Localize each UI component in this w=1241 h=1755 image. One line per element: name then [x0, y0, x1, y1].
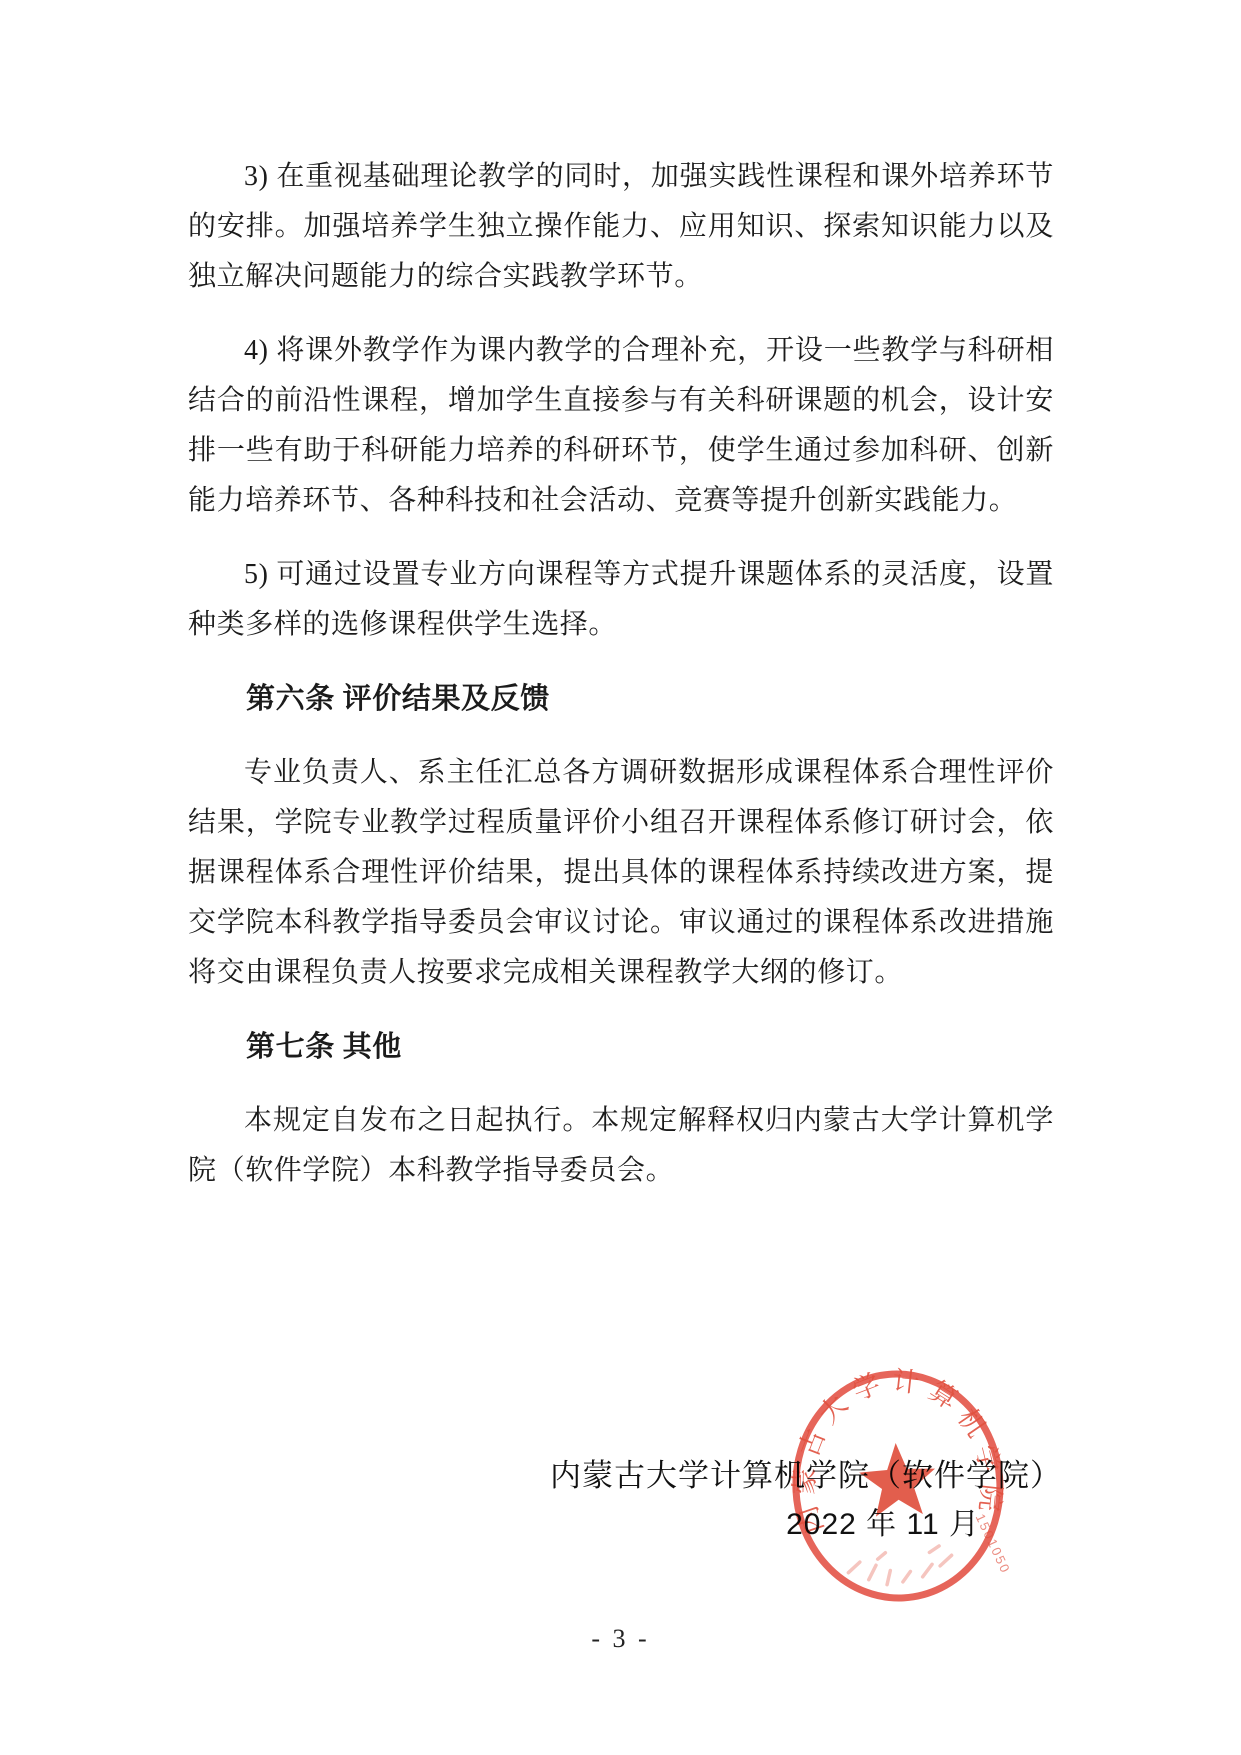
document-body: 3) 在重视基础理论教学的同时，加强实践性课程和课外培养环节的安排。加强培养学生…	[188, 152, 1054, 1220]
page-number: - 3 -	[0, 1624, 1241, 1654]
paragraph-article-6: 专业负责人、系主任汇总各方调研数据形成课程体系合理性评价结果，学院专业教学过程质…	[188, 748, 1054, 998]
seal-smudges	[847, 1545, 953, 1586]
paragraph-item-5: 5) 可通过设置专业方向课程等方式提升课题体系的灵活度，设置种类多样的选修课程供…	[188, 550, 1054, 650]
official-seal: 内蒙古大学计算机学院 1501050	[780, 1362, 1016, 1613]
heading-article-7: 第七条 其他	[188, 1022, 1054, 1072]
document-page: 3) 在重视基础理论教学的同时，加强实践性课程和课外培养环节的安排。加强培养学生…	[0, 0, 1241, 1755]
paragraph-article-7: 本规定自发布之日起执行。本规定解释权归内蒙古大学计算机学院（软件学院）本科教学指…	[188, 1096, 1054, 1196]
paragraph-item-3: 3) 在重视基础理论教学的同时，加强实践性课程和课外培养环节的安排。加强培养学生…	[188, 152, 1054, 302]
seal-star-icon	[858, 1441, 938, 1517]
heading-article-6: 第六条 评价结果及反馈	[188, 674, 1054, 724]
paragraph-item-4: 4) 将课外教学作为课内教学的合理补充，开设一些教学与科研相结合的前沿性课程，增…	[188, 326, 1054, 526]
